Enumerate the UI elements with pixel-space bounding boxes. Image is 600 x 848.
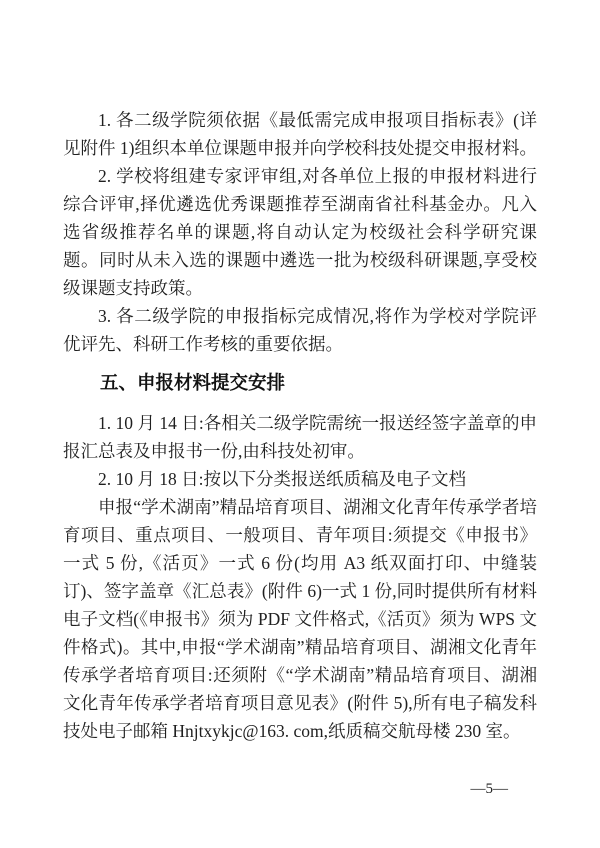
document-content: 1. 各二级学院须依据《最低需完成申报项目指标表》(详见附件 1)组织本单位课题… xyxy=(63,106,537,745)
paragraph-sec4-item1: 1. 各二级学院须依据《最低需完成申报项目指标表》(详见附件 1)组织本单位课题… xyxy=(63,106,537,162)
section5-heading: 五、申报材料提交安排 xyxy=(63,369,537,397)
paragraph-sec4-item3: 3. 各二级学院的申报指标完成情况,将作为学校对学院评优评先、科研工作考核的重要… xyxy=(63,302,537,358)
paragraph-sec5-item1: 1. 10 月 14 日:各相关二级学院需统一报送经签字盖章的申报汇总表及申报书… xyxy=(63,409,537,465)
document-page: 1. 各二级学院须依据《最低需完成申报项目指标表》(详见附件 1)组织本单位课题… xyxy=(0,0,600,848)
paragraph-sec4-item2: 2. 学校将组建专家评审组,对各单位上报的申报材料进行综合评审,择优遴选优秀课题… xyxy=(63,162,537,302)
page-number: —5— xyxy=(471,780,509,798)
paragraph-sec5-item2: 2. 10 月 18 日:按以下分类报送纸质稿及电子文档 xyxy=(63,465,537,493)
paragraph-sec5-item3: 申报“学术湖南”精品培育项目、湖湘文化青年传承学者培育项目、重点项目、一般项目、… xyxy=(63,493,537,745)
